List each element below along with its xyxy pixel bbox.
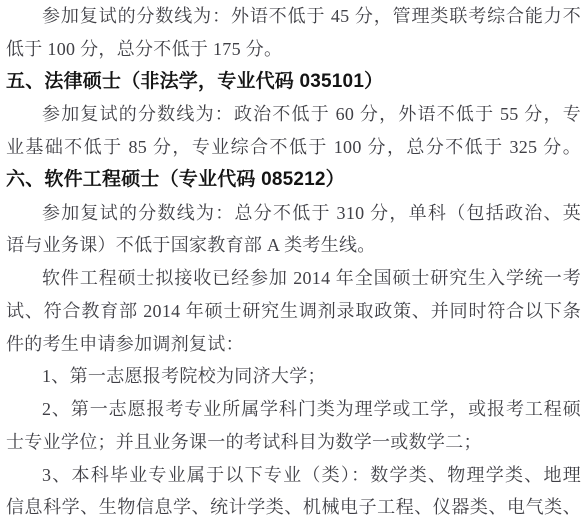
section-heading-6: 六、软件工程硕士（专业代码 085212） xyxy=(6,164,581,197)
paragraph-line: 件的考生申请参加调剂复试： xyxy=(6,328,581,361)
paragraph-line: 参加复试的分数线为：政治不低于 60 分，外语不低于 55 分，专 xyxy=(6,98,581,131)
list-item-1-line: 1、第一志愿报考院校为同济大学； xyxy=(6,360,581,393)
paragraph-line: 业基础不低于 85 分，专业综合不低于 100 分，总分不低于 325 分。 xyxy=(6,131,581,164)
list-item-2-line: 2、第一志愿报考专业所属学科门类为理学或工学，或报考工程硕 xyxy=(6,393,581,426)
paragraph-line: 低于 100 分，总分不低于 175 分。 xyxy=(6,33,581,66)
list-item-3-line: 3、本科毕业专业属于以下专业（类）：数学类、物理学类、地理 xyxy=(6,459,581,492)
document-page: 参加复试的分数线为：外语不低于 45 分，管理类联考综合能力不 低于 100 分… xyxy=(0,0,587,524)
paragraph-line: 参加复试的分数线为：外语不低于 45 分，管理类联考综合能力不 xyxy=(6,0,581,33)
paragraph-line: 语与业务课）不低于国家教育部 A 类考生线。 xyxy=(6,229,581,262)
paragraph-line: 参加复试的分数线为：总分不低于 310 分，单科（包括政治、英 xyxy=(6,197,581,230)
paragraph-line: 试、符合教育部 2014 年硕士研究生调剂录取政策、并同时符合以下条 xyxy=(6,295,581,328)
list-item-2-line: 士专业学位；并且业务课一的考试科目为数学一或数学二； xyxy=(6,426,581,459)
section-heading-5: 五、法律硕士（非法学，专业代码 035101） xyxy=(6,66,581,99)
list-item-3-line: 信息科学、生物信息学、统计学类、机械电子工程、仪器类、电气类、 xyxy=(6,491,581,524)
paragraph-line: 软件工程硕士拟接收已经参加 2014 年全国硕士研究生入学统一考 xyxy=(6,262,581,295)
